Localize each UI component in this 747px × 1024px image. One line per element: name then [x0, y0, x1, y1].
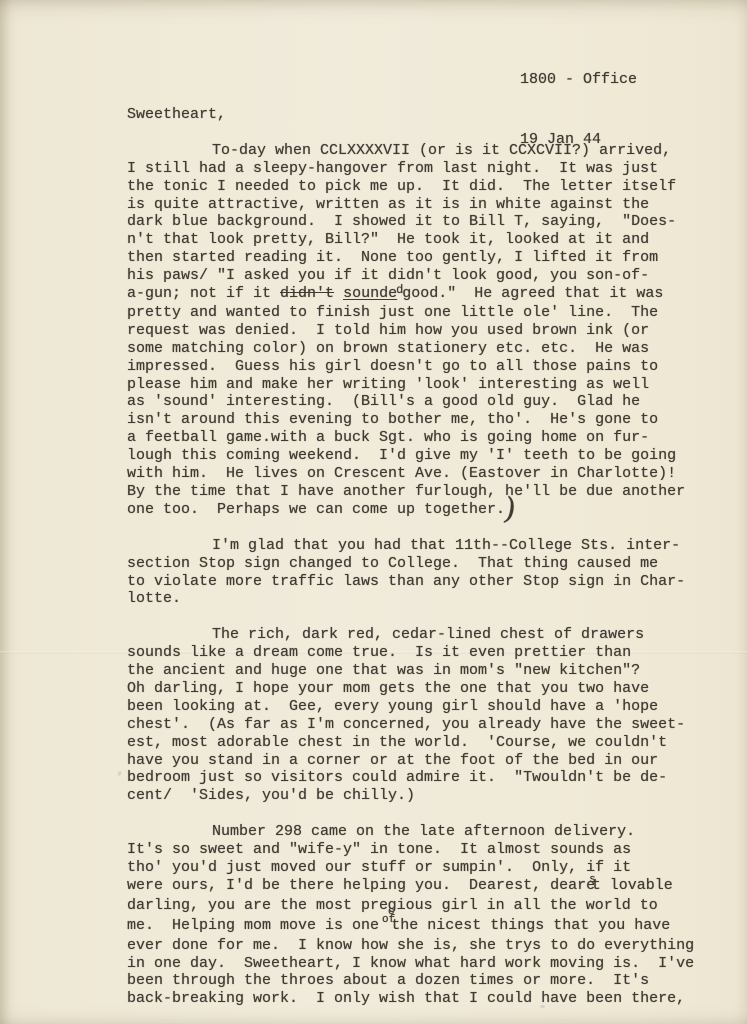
- line-text: t lovable: [592, 877, 673, 894]
- typed-line: back-breaking work. I only wish that I c…: [127, 990, 712, 1008]
- typed-line: impressed. Guess his girl doesn't go to …: [127, 358, 712, 376]
- typed-line-with-paren: one too. Perhaps we can come up together…: [127, 501, 712, 519]
- typed-line: chest'. (As far as I'm concerned, you al…: [127, 716, 712, 734]
- line-text: darling, you are the most pre: [127, 897, 388, 914]
- typed-line: is quite attractive, written as it is in…: [127, 196, 712, 214]
- line-text: were ours, I'd be there helping you. Dea…: [127, 877, 595, 894]
- typed-line: been through the throes about a dozen ti…: [127, 972, 712, 990]
- typed-line: some matching color) on brown stationery…: [127, 340, 712, 358]
- typed-line: Number 298 came on the late afternoon de…: [127, 823, 712, 841]
- typed-line: as 'sound' interesting. (Bill's a good o…: [127, 393, 712, 411]
- line-text: me. Helping mom move is one: [127, 917, 388, 934]
- header-office-line: 1800 - Office: [520, 70, 637, 90]
- letter-paragraph: I'm glad that you had that 11th--College…: [127, 537, 712, 609]
- typed-line: bedroom just so visitors could admire it…: [127, 769, 712, 787]
- typed-line: section Stop sign changed to College. Th…: [127, 555, 712, 573]
- typed-line-with-corrections: were ours, I'd be there helping you. Dea…: [127, 877, 712, 897]
- typed-line: request was denied. I told him how you u…: [127, 322, 712, 340]
- typed-line: To-day when CCLXXXXVII (or is it CCXCVII…: [127, 142, 712, 160]
- inserted-letter: s: [589, 872, 596, 890]
- line-text: gious girl in all the world to: [388, 897, 658, 914]
- typed-line: to violate more traffic laws than any ot…: [127, 573, 712, 591]
- typed-line: dark blue background. I showed it to Bil…: [127, 213, 712, 231]
- letter-paragraph: To-day when CCLXXXXVII (or is it CCXCVII…: [127, 142, 712, 519]
- typed-line: ever done for me. I know how she is, she…: [127, 937, 712, 955]
- inserted-letter: d: [396, 282, 403, 300]
- typed-line: with him. He lives on Crescent Ave. (Eas…: [127, 465, 712, 483]
- salutation: Sweetheart,: [127, 106, 712, 124]
- typed-line: pretty and wanted to finish just one lit…: [127, 304, 712, 322]
- typed-line: The rich, dark red, cedar-lined chest of…: [127, 626, 712, 644]
- letter-paragraph: Number 298 came on the late afternoon de…: [127, 823, 712, 1008]
- typed-line: It's so sweet and "wife-y" in tone. It a…: [127, 841, 712, 859]
- typed-line: cent/ 'Sides, you'd be chilly.): [127, 787, 712, 805]
- large-closing-paren: ): [504, 509, 516, 511]
- typed-line: the ancient and huge one that was in mom…: [127, 662, 712, 680]
- typed-line: tho' you'd just moved our stuff or sumpi…: [127, 859, 712, 877]
- letter-paragraph: The rich, dark red, cedar-lined chest of…: [127, 626, 712, 805]
- typed-line: in one day. Sweetheart, I know what hard…: [127, 955, 712, 973]
- typed-line-with-corrections: darling, you are the most precgious girl…: [127, 897, 712, 917]
- struck-out-word: didn't: [280, 285, 334, 302]
- typed-line: est, most adorable chest in the world. '…: [127, 734, 712, 752]
- line-text: a-gun; not if it: [127, 285, 280, 302]
- typed-line: isn't around this evening to bother me, …: [127, 411, 712, 429]
- letter-body: Sweetheart, To-day when CCLXXXXVII (or i…: [127, 106, 712, 1008]
- typed-line: By the time that I have another furlough…: [127, 483, 712, 501]
- underlined-word: sounde: [343, 285, 397, 302]
- line-text: the nicest things that you have: [391, 917, 670, 934]
- typed-line: I'm glad that you had that 11th--College…: [127, 537, 712, 555]
- line-text: one too. Perhaps we can come up together…: [127, 501, 505, 518]
- line-text: good." He agreed that it was: [402, 285, 663, 302]
- typed-line: lough this coming weekend. I'd give my '…: [127, 447, 712, 465]
- line-text: [334, 285, 343, 302]
- typed-line-with-corrections: me. Helping mom move is one ofthe nicest…: [127, 917, 712, 937]
- typed-line: been looking at. Gee, every young girl s…: [127, 698, 712, 716]
- typed-line: Oh darling, I hope your mom gets the one…: [127, 680, 712, 698]
- typed-line: I still had a sleepy-hangover from last …: [127, 160, 712, 178]
- typed-line: please him and make her writing 'look' i…: [127, 376, 712, 394]
- letter-page: { "page": { "paper_color": "#f1ebdb", "i…: [0, 0, 747, 1024]
- typed-line: n't that look pretty, Bill?" He took it,…: [127, 231, 712, 249]
- typed-line-with-corrections: a-gun; not if it didn't soundedgood." He…: [127, 285, 712, 304]
- typed-line: have you stand in a corner or at the foo…: [127, 752, 712, 770]
- typed-line: the tonic I needed to pick me up. It did…: [127, 178, 712, 196]
- typed-line: lotte.: [127, 590, 712, 608]
- typed-line: sounds like a dream come true. Is it eve…: [127, 644, 712, 662]
- typed-line: then started reading it. None too gently…: [127, 249, 712, 267]
- typed-line: his paws/ "I asked you if it didn't look…: [127, 267, 712, 285]
- inserted-word: of: [382, 912, 395, 930]
- typed-line: a feetball game.with a buck Sgt. who is …: [127, 429, 712, 447]
